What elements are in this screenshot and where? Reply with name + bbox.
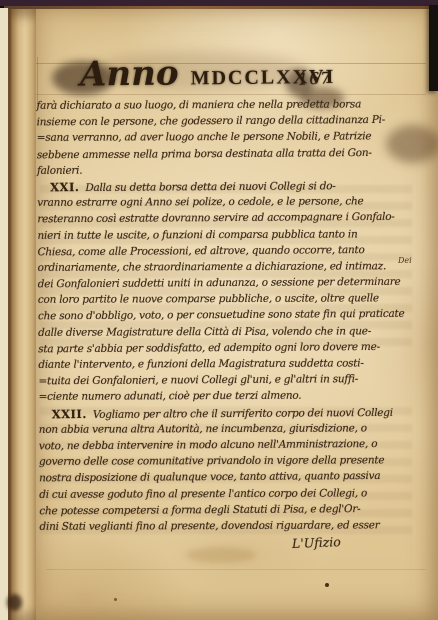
ruled-line <box>46 569 426 570</box>
binding-gutter <box>8 9 38 620</box>
manuscript-line-text: Dalla su detta borsa detta dei nuovi Col… <box>85 180 335 194</box>
manuscript-line-text: Vogliamo per altro che il surriferito co… <box>93 406 393 420</box>
ink-speck <box>114 598 117 601</box>
manuscript-line: XXII.Vogliamo per altro che il surriferi… <box>39 403 413 422</box>
interline-correction-note: Dei <box>398 256 412 265</box>
catchword: L'Ufizio <box>292 534 341 551</box>
manuscript-line: ordinariamente, che straordinariamente a… <box>38 258 412 276</box>
manuscript-line: sebbene ammesse nella prima borsa destin… <box>37 144 411 163</box>
manuscript-line: falonieri. <box>37 161 411 179</box>
manuscript-line: diante l'intervento, e funzioni della Ma… <box>38 355 412 373</box>
page-header: Anno MDCCLXXVI <box>80 51 380 94</box>
ink-speck <box>325 583 329 587</box>
page-number: 167 <box>298 68 332 89</box>
manuscript-line: che sono d'obbligo, voto, o per consuetu… <box>38 306 412 325</box>
manuscript-line: vranno estrarre ogni Anno sei polize, o … <box>37 193 411 211</box>
manuscript-line: =sana verranno, ad aver luogo anche le p… <box>37 129 411 147</box>
manuscript-line: con loro partito le nuove comparse pubbl… <box>38 290 412 308</box>
facing-page-edge <box>0 8 8 620</box>
manuscript-line: non abbia veruna altra Autorità, ne incu… <box>39 420 413 438</box>
manuscript-line: resteranno così estratte dovranno servir… <box>37 209 411 228</box>
manuscript-line: farà dichiarato a suo luogo, di maniera … <box>36 96 410 114</box>
manuscript-text-block: farà dichiarato a suo luogo, di maniera … <box>36 96 413 536</box>
header-anno-script: Anno <box>80 54 179 95</box>
parchment-page: Anno MDCCLXXVI 167 farà dichiarato a suo… <box>36 9 438 620</box>
manuscript-line: Chiesa, come alle Processioni, ed altrov… <box>37 241 411 260</box>
manuscript-line: dini Stati veglianti fino al presente, d… <box>39 517 413 535</box>
manuscript-line: nieri in tutte le uscite, o funzioni di … <box>37 226 411 244</box>
manuscript-line: nostra disposizione di qualunque voce, t… <box>39 468 413 487</box>
manuscript-line: di cui avesse goduto fino al presente l'… <box>39 485 413 503</box>
photo-background-edge <box>429 5 438 91</box>
binding-shadow-stain <box>7 594 22 611</box>
manuscript-photo: Anno MDCCLXXVI 167 farà dichiarato a suo… <box>0 0 438 620</box>
parchment-stain <box>186 547 256 563</box>
manuscript-line: governo delle cose comunitative privando… <box>39 452 413 470</box>
manuscript-line: dalle diverse Magistrature della Città d… <box>38 323 412 341</box>
manuscript-line: che potesse competersi a forma degli Sta… <box>39 500 413 519</box>
manuscript-line: =ciente numero adunati, cioè per due ter… <box>39 388 413 406</box>
paragraph-number: XXII. <box>52 407 87 421</box>
paragraph-number: XXI. <box>50 180 79 194</box>
